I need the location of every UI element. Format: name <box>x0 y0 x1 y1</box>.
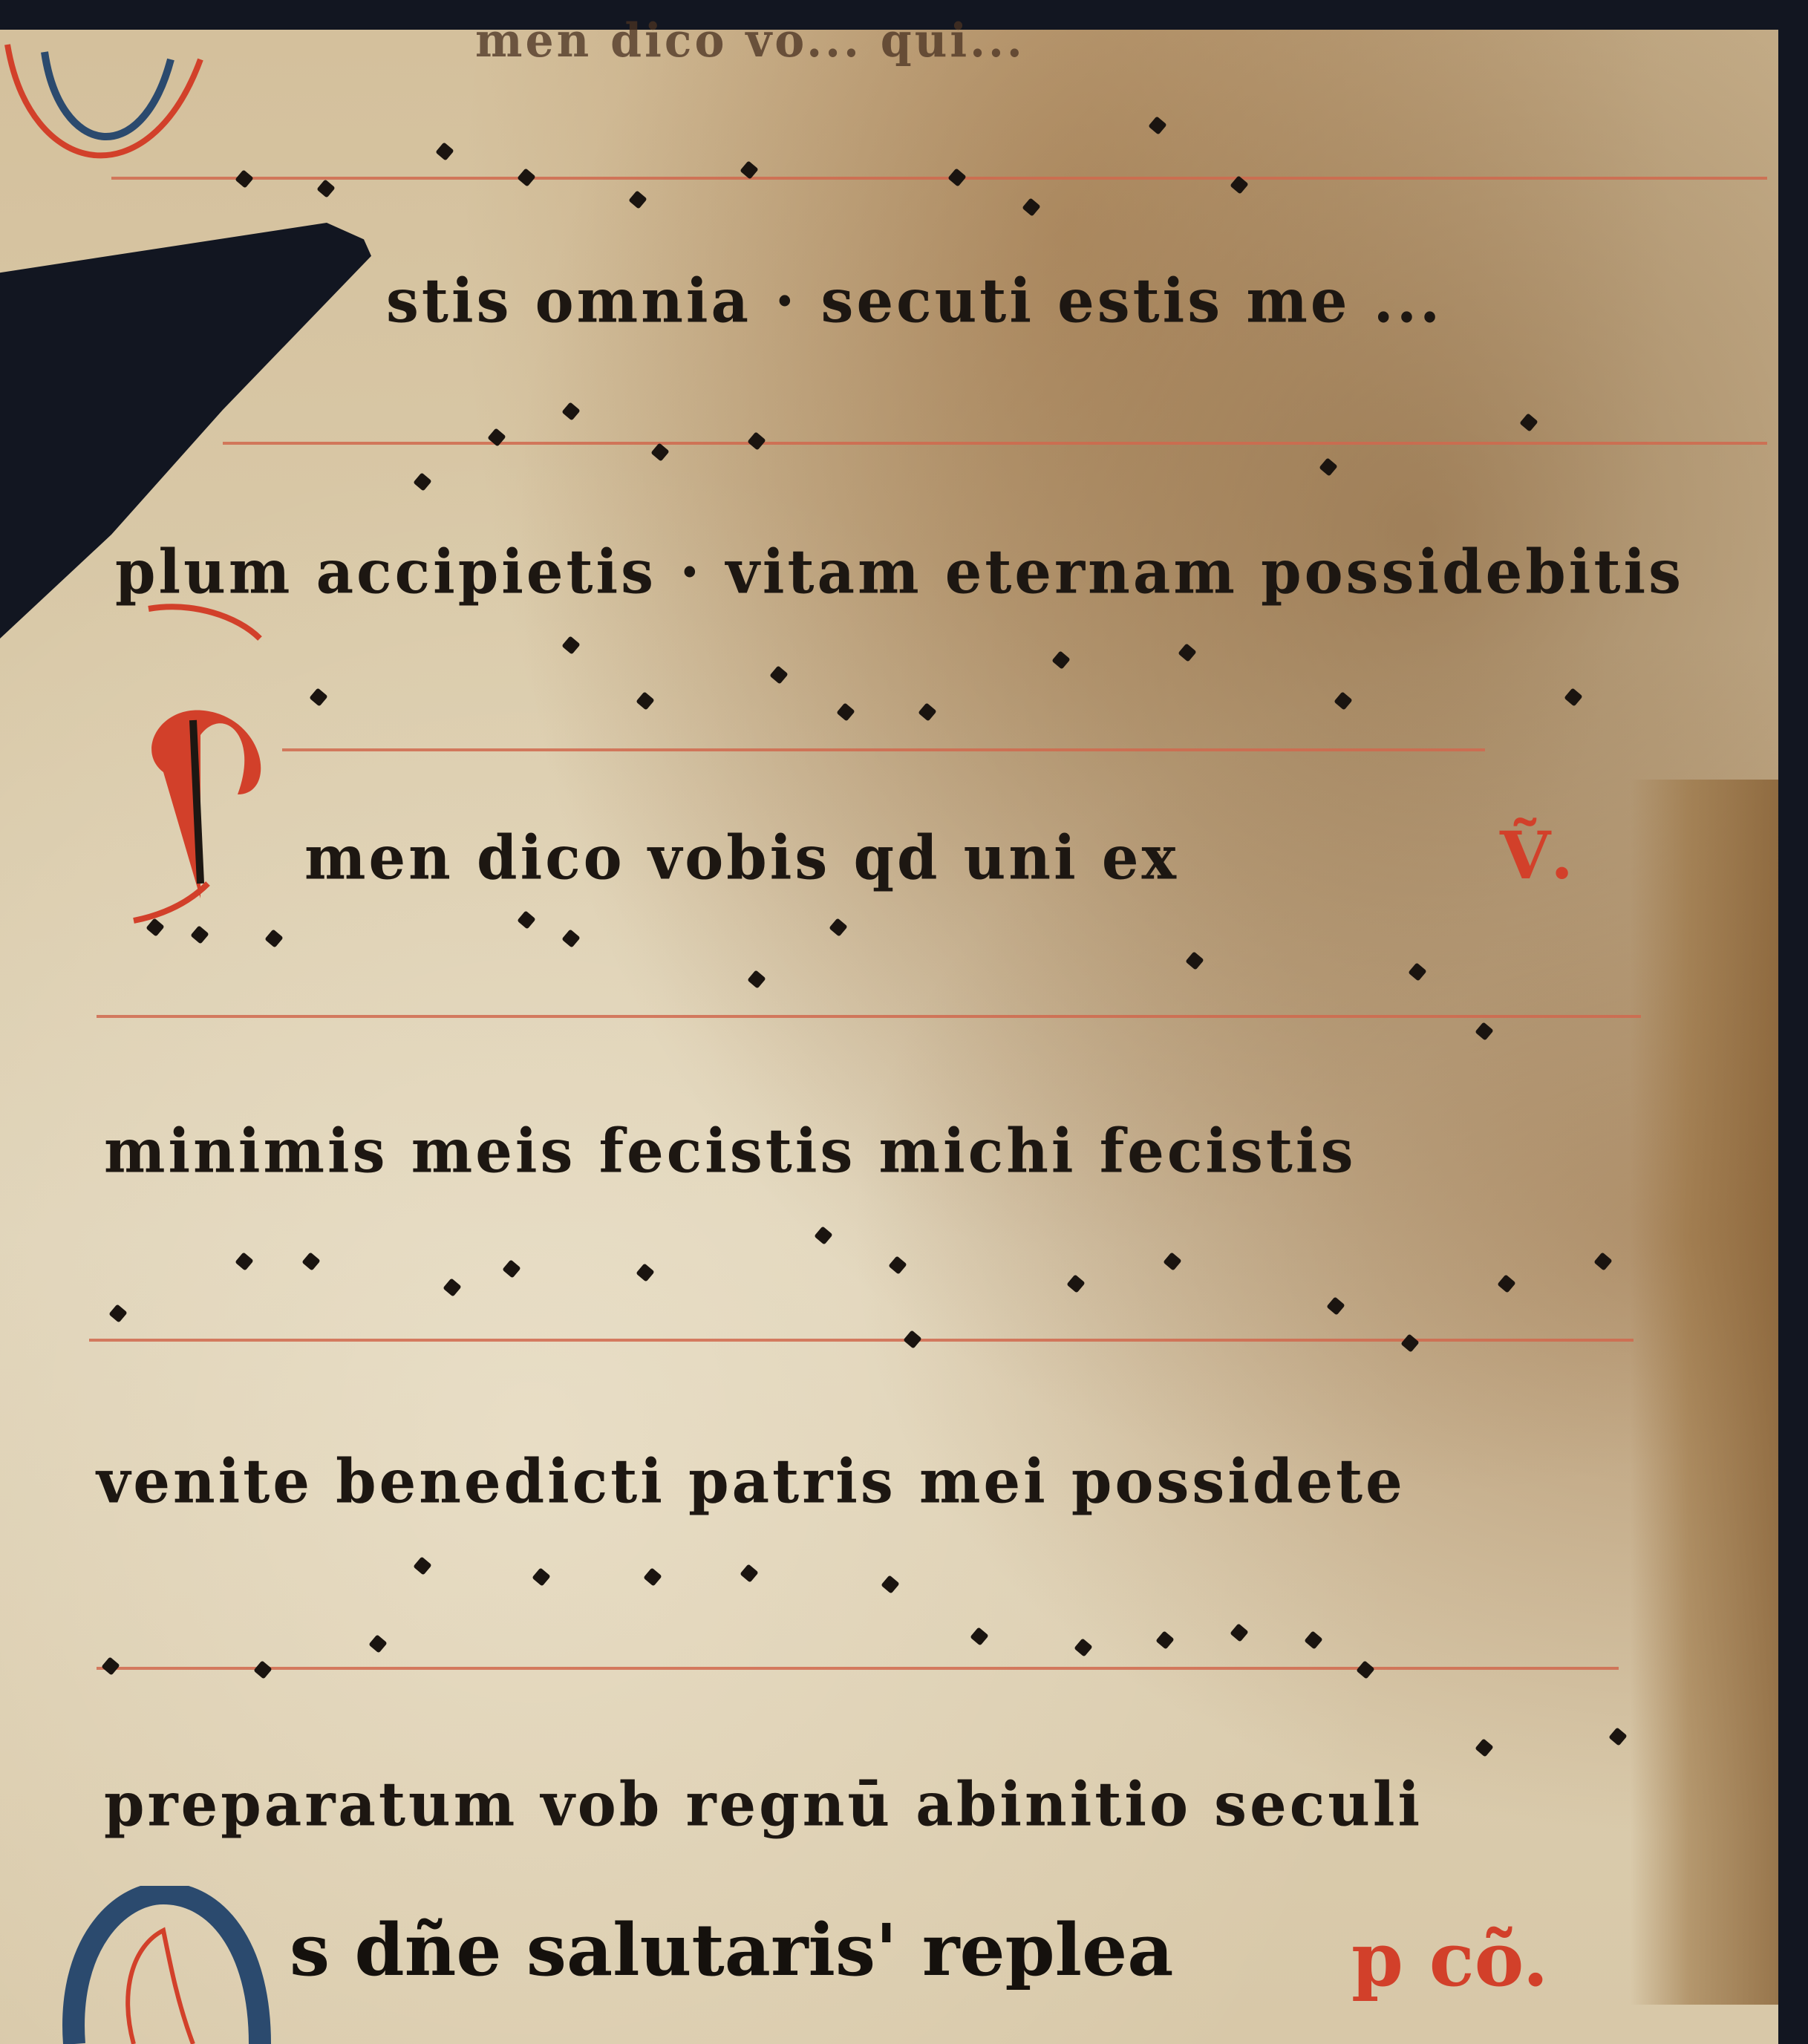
staff-line-4 <box>97 1015 1641 1018</box>
top-fragment-text: men dico vo... qui... <box>475 13 1025 68</box>
staff-line-1 <box>111 177 1767 180</box>
edge-stain <box>1630 780 1778 2005</box>
rubric-psalm-incipit: p cõ. <box>1351 1916 1548 2003</box>
chant-text-line: preparatum vob regnū abinitio seculi <box>104 1769 1423 1841</box>
chant-text-line: s dñe salutaris' replea <box>290 1908 1173 1992</box>
rubric-versus: Ṽ. <box>1500 817 1573 894</box>
staff-line-2 <box>223 442 1767 445</box>
chant-text-line: men dico vobis qd uni ex <box>304 823 1179 894</box>
chant-text-line: minimis meis fecistis michi fecistis <box>104 1116 1356 1187</box>
rubricated-initial-a <box>89 587 282 928</box>
staff-line-6 <box>97 1667 1619 1670</box>
chant-text-line: stis omnia · secuti estis me ... <box>386 266 1443 337</box>
staff-line-3 <box>282 748 1485 751</box>
chant-text-line: plum accipietis · vitam eternam possideb… <box>115 537 1684 608</box>
chant-text-line: venite benedicti patris mei possidete <box>97 1446 1406 1518</box>
decorated-initial-top <box>0 30 223 200</box>
decorated-initial-o <box>45 1886 282 2044</box>
